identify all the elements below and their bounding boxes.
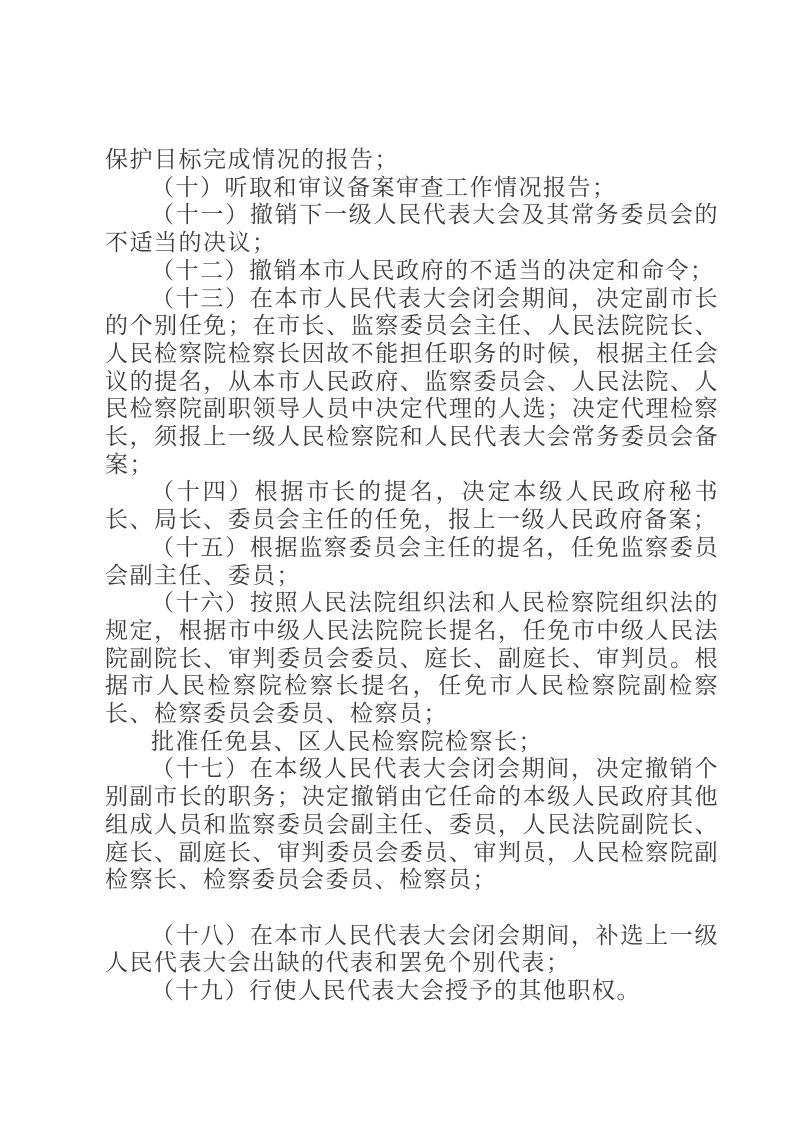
clause-14: （十四）根据市长的提名，决定本级人民政府秘书长、局长、委员会主任的任免，报上一级… (105, 478, 719, 533)
clause-16-sub: 批准任免县、区人民检察院检察长； (105, 728, 719, 756)
clause-10: （十）听取和审议备案审查工作情况报告； (105, 174, 719, 202)
paragraph-spacer (105, 894, 719, 922)
clause-18: （十八）在本市人民代表大会闭会期间，补选上一级人民代表大会出缺的代表和罢免个别代… (105, 922, 719, 977)
clause-13: （十三）在本市人民代表大会闭会期间，决定副市长的个别任免；在市长、监察委员会主任… (105, 285, 719, 479)
clause-11: （十一）撤销下一级人民代表大会及其常务委员会的不适当的决议； (105, 201, 719, 256)
document-body: 保护目标完成情况的报告； （十）听取和审议备案审查工作情况报告； （十一）撤销下… (105, 146, 719, 1005)
clause-19: （十九）行使人民代表大会授予的其他职权。 (105, 977, 719, 1005)
clause-15: （十五）根据监察委员会主任的提名，任免监察委员会副主任、委员； (105, 534, 719, 589)
paragraph-continuation: 保护目标完成情况的报告； (105, 146, 719, 174)
clause-12: （十二）撤销本市人民政府的不适当的决定和命令； (105, 257, 719, 285)
clause-17: （十七）在本级人民代表大会闭会期间，决定撤销个别副市长的职务；决定撤销由它任命的… (105, 755, 719, 894)
document-page: 保护目标完成情况的报告； （十）听取和审议备案审查工作情况报告； （十一）撤销下… (0, 0, 793, 1122)
clause-16: （十六）按照人民法院组织法和人民检察院组织法的规定，根据市中级人民法院院长提名，… (105, 589, 719, 728)
